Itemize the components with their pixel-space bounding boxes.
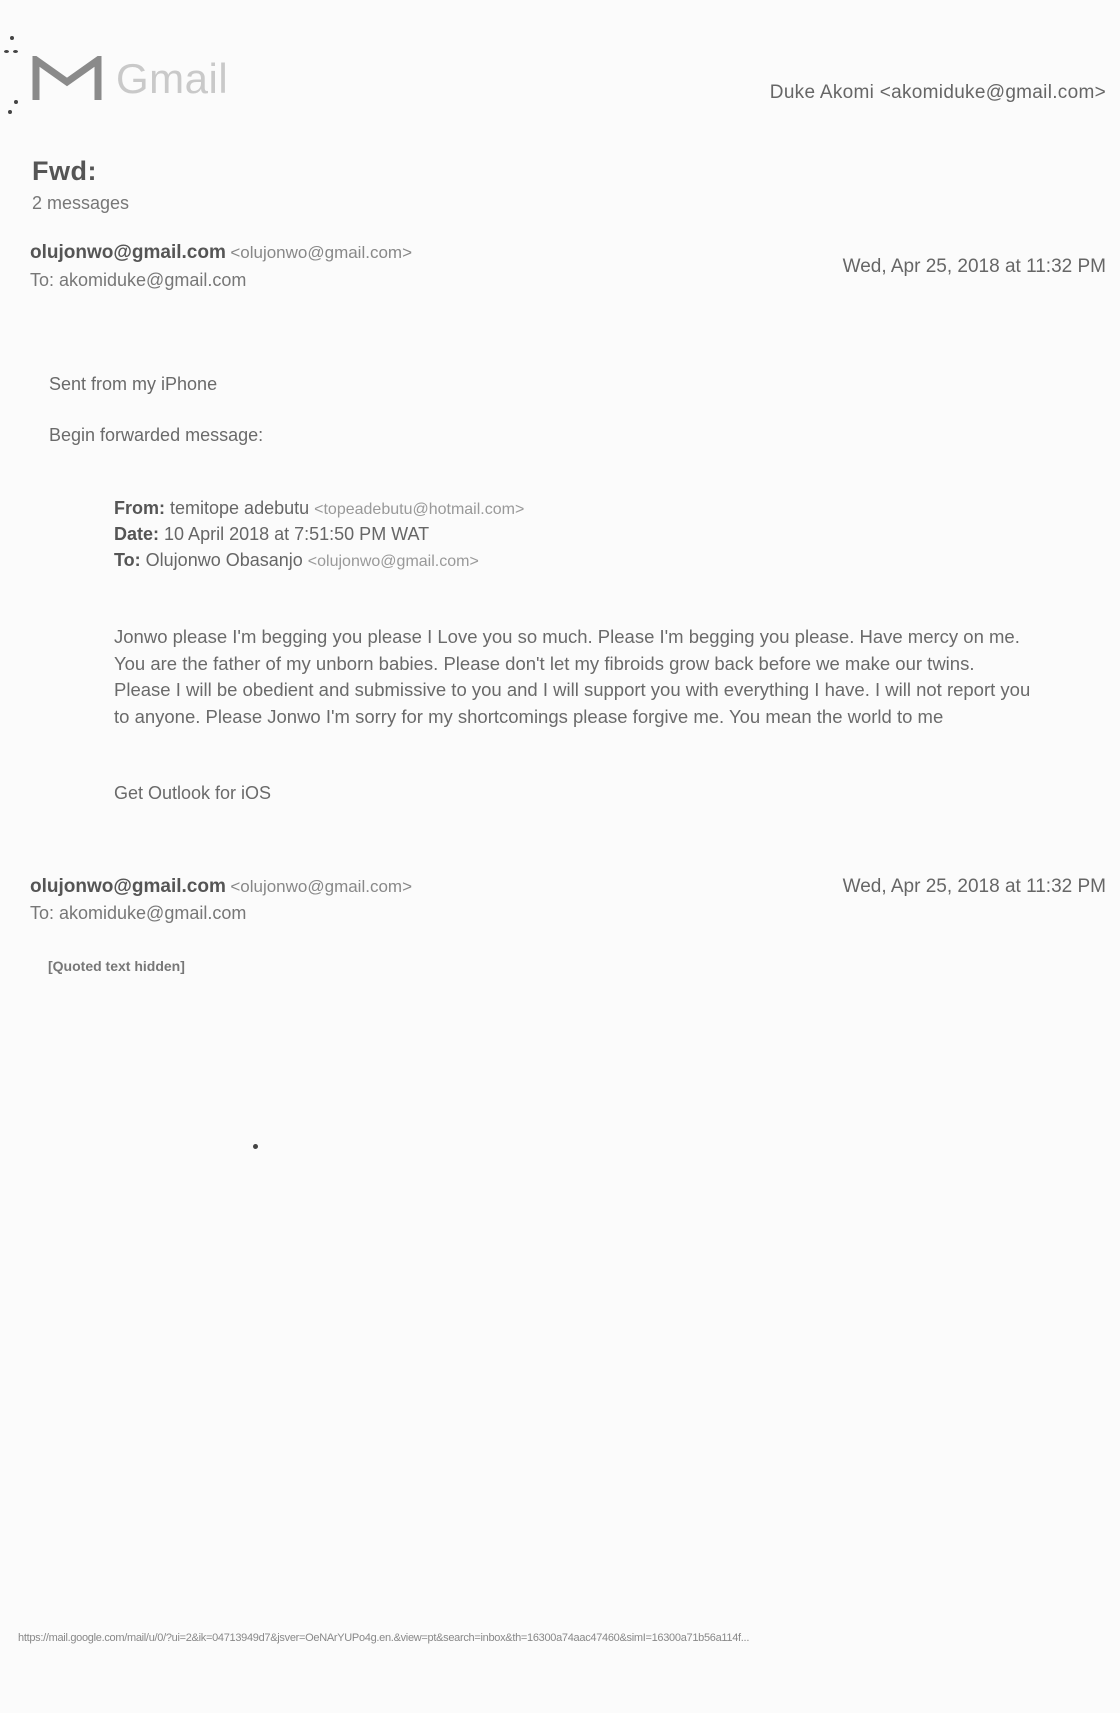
page-url: https://mail.google.com/mail/u/0/?ui=2&i…: [18, 1632, 749, 1644]
message-2-recipient: To: akomiduke@gmail.com: [30, 903, 246, 924]
sender-email: <olujonwo@gmail.com>: [230, 243, 412, 262]
to-label: To:: [114, 550, 141, 570]
scan-speck: [14, 100, 18, 104]
message-1-date: Wed, Apr 25, 2018 at 11:32 PM: [843, 256, 1106, 278]
message-2-date: Wed, Apr 25, 2018 at 11:32 PM: [843, 876, 1106, 898]
outlook-footer: Get Outlook for iOS: [114, 783, 271, 804]
forwarded-body: Jonwo please I'm begging you please I Lo…: [114, 624, 1034, 730]
to-value: Olujonwo Obasanjo: [146, 550, 303, 570]
message-1-recipient: To: akomiduke@gmail.com: [30, 270, 246, 291]
gmail-m-icon: [32, 56, 102, 102]
message-1-sender: olujonwo@gmail.com <olujonwo@gmail.com>: [30, 242, 412, 264]
from-value: temitope adebutu: [170, 498, 309, 518]
forwarded-from: From: temitope adebutu <topeadebutu@hotm…: [114, 498, 524, 519]
from-label: From:: [114, 498, 165, 518]
forward-intro: Begin forwarded message:: [49, 425, 263, 446]
message-count: 2 messages: [32, 193, 129, 214]
scan-speck: [13, 50, 18, 53]
to-email: <olujonwo@gmail.com>: [308, 553, 479, 570]
forwarded-date: Date: 10 April 2018 at 7:51:50 PM WAT: [114, 524, 429, 545]
date-label: Date:: [114, 524, 159, 544]
scan-speck: [4, 50, 9, 53]
thread-subject: Fwd:: [32, 156, 97, 187]
signature-text: Sent from my iPhone: [49, 374, 217, 395]
scan-speck: [253, 1144, 258, 1149]
gmail-logo: Gmail: [32, 55, 228, 103]
account-identity: Duke Akomi <akomiduke@gmail.com>: [770, 82, 1106, 104]
from-email: <topeadebutu@hotmail.com>: [314, 501, 524, 518]
sender-name: olujonwo@gmail.com: [30, 242, 226, 263]
sender-name: olujonwo@gmail.com: [30, 876, 226, 897]
gmail-wordmark: Gmail: [116, 55, 228, 103]
scan-speck: [10, 36, 14, 40]
quoted-text-toggle[interactable]: [Quoted text hidden]: [48, 958, 185, 974]
scan-speck: [8, 110, 12, 114]
date-value: 10 April 2018 at 7:51:50 PM WAT: [164, 524, 429, 544]
message-2-sender: olujonwo@gmail.com <olujonwo@gmail.com>: [30, 876, 412, 898]
sender-email: <olujonwo@gmail.com>: [230, 877, 412, 896]
forwarded-to: To: Olujonwo Obasanjo <olujonwo@gmail.co…: [114, 550, 479, 571]
